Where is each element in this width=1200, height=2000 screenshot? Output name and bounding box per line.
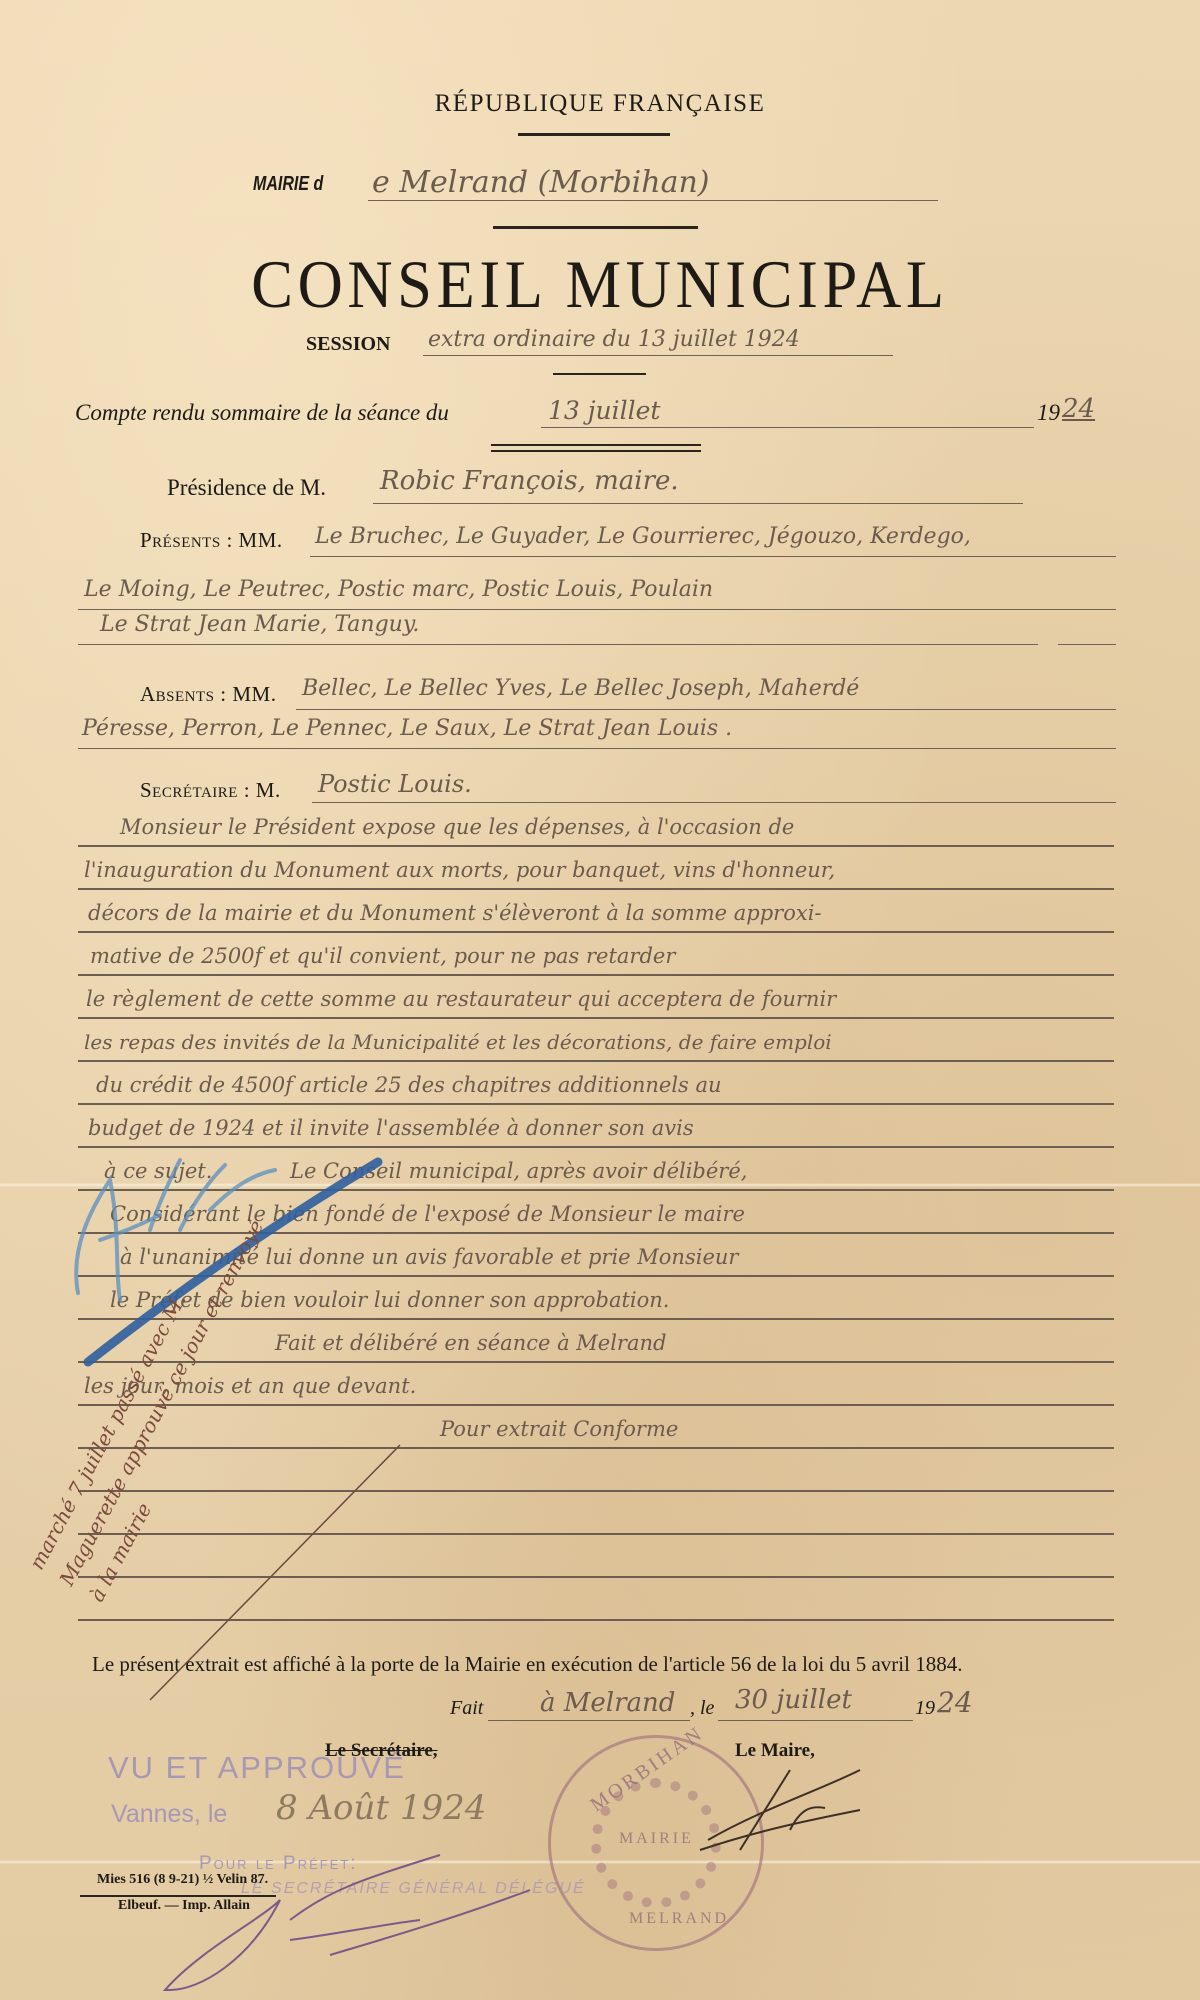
annotation-overlay [0, 0, 1200, 2000]
prefect-signature [165, 1855, 530, 1990]
margin-strike-line [150, 1445, 400, 1700]
maire-signature [700, 1770, 860, 1850]
